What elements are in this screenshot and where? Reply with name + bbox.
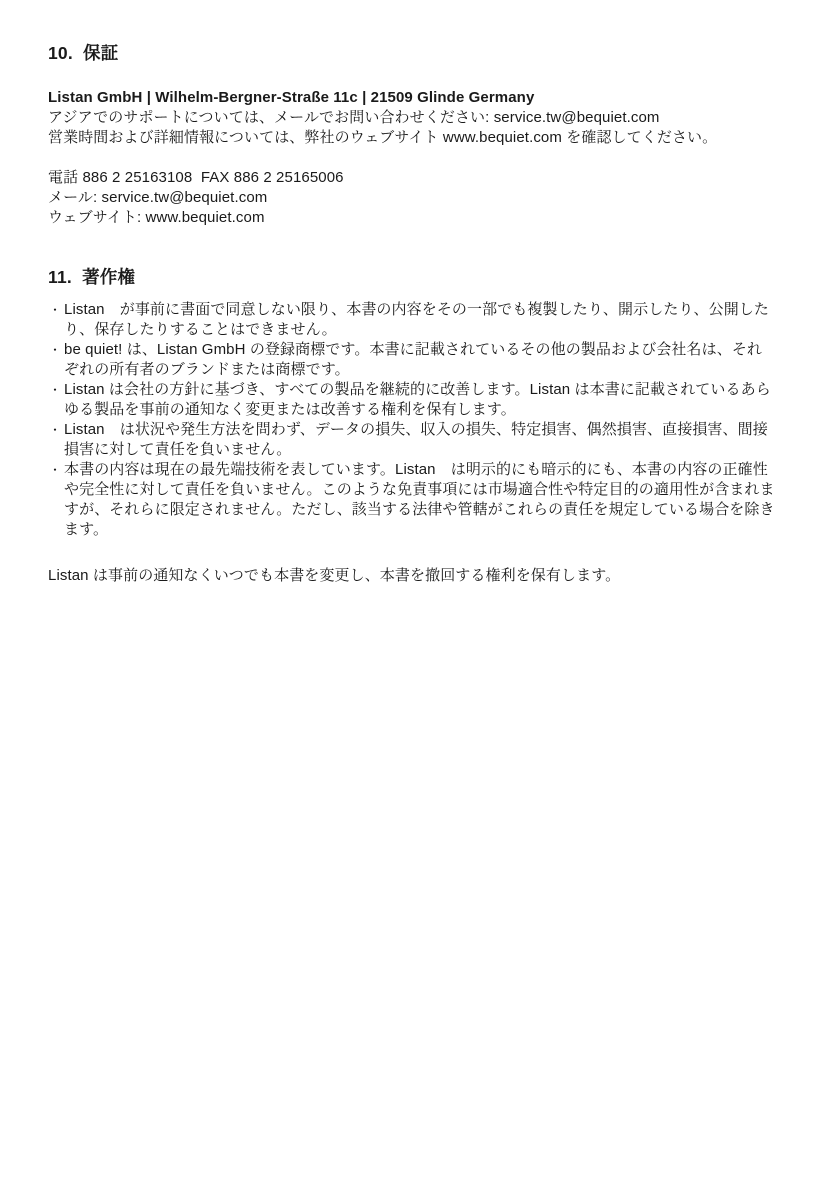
list-item: ・ 本書の内容は現在の最先端技術を表しています。Listan は明示的にも暗示的… <box>48 460 776 540</box>
bullet-text-reproduction: Listan が事前に書面で同意しない限り、本書の内容をその一部でも複製したり、… <box>64 300 776 340</box>
bullet-icon: ・ <box>48 300 64 320</box>
closing-paragraph: Listan は事前の通知なくいつでも本書を変更し、本書を撤回する権利を保有しま… <box>48 566 776 586</box>
website-line: ウェブサイト: www.bequiet.com <box>48 208 776 228</box>
bullet-icon: ・ <box>48 460 64 480</box>
warranty-section: 10. 保証 Listan GmbH | Wilhelm-Bergner-Str… <box>48 40 776 228</box>
bullet-text-disclaimer: 本書の内容は現在の最先端技術を表しています。Listan は明示的にも暗示的にも… <box>64 460 776 540</box>
bullet-text-improvement: Listan は会社の方針に基づき、すべての製品を継続的に改善します。Lista… <box>64 380 776 420</box>
phone-fax-line: 電話 886 2 25163108 FAX 886 2 25165006 <box>48 168 776 188</box>
copyright-bullet-list: ・ Listan が事前に書面で同意しない限り、本書の内容をその一部でも複製した… <box>48 300 776 540</box>
business-hours-line: 営業時間および詳細情報については、弊社のウェブサイト www.bequiet.c… <box>48 128 776 148</box>
email-line: メール: service.tw@bequiet.com <box>48 188 776 208</box>
copyright-section: 11. 著作権 ・ Listan が事前に書面で同意しない限り、本書の内容をその… <box>48 264 776 586</box>
list-item: ・ be quiet! は、Listan GmbH の登録商標です。本書に記載さ… <box>48 340 776 380</box>
asia-support-line: アジアでのサポートについては、メールでお問い合わせください: service.t… <box>48 108 776 128</box>
warranty-section-heading: 10. 保証 <box>48 40 776 66</box>
bullet-text-trademark: be quiet! は、Listan GmbH の登録商標です。本書に記載されて… <box>64 340 776 380</box>
document-page: 10. 保証 Listan GmbH | Wilhelm-Bergner-Str… <box>0 0 822 1191</box>
bullet-icon: ・ <box>48 420 64 440</box>
list-item: ・ Listan は状況や発生方法を問わず、データの損失、収入の損失、特定損害、… <box>48 420 776 460</box>
company-address-line: Listan GmbH | Wilhelm-Bergner-Straße 11c… <box>48 88 776 108</box>
contact-block: 電話 886 2 25163108 FAX 886 2 25165006 メール… <box>48 168 776 228</box>
list-item: ・ Listan は会社の方針に基づき、すべての製品を継続的に改善します。Lis… <box>48 380 776 420</box>
bullet-icon: ・ <box>48 340 64 360</box>
bullet-text-liability: Listan は状況や発生方法を問わず、データの損失、収入の損失、特定損害、偶然… <box>64 420 776 460</box>
copyright-section-heading: 11. 著作権 <box>48 264 776 290</box>
bullet-icon: ・ <box>48 380 64 400</box>
list-item: ・ Listan が事前に書面で同意しない限り、本書の内容をその一部でも複製した… <box>48 300 776 340</box>
